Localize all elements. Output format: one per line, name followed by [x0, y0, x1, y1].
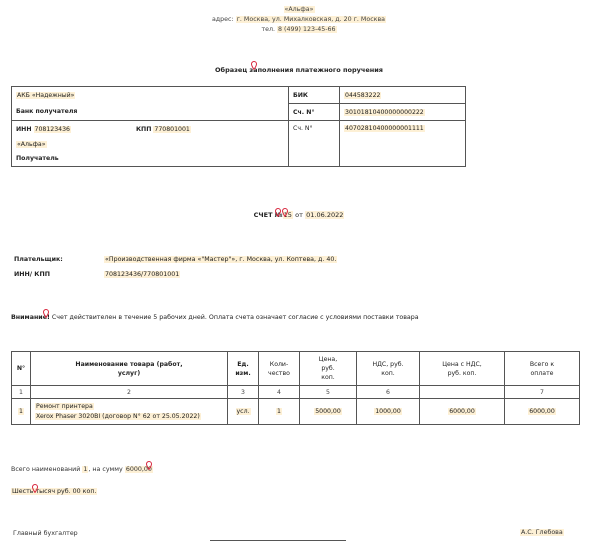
bank-details-table: АКБ «Надежный» БИК 044583222 Банк получа…	[11, 86, 466, 167]
signature-label: Главный бухгалтер	[13, 530, 78, 537]
column-number: 2	[31, 386, 228, 399]
invoice-date: 01.06.2022	[305, 211, 344, 219]
notice-text: Счет действителен в течение 5 рабочих дн…	[50, 314, 419, 321]
payer-row: Плательщик:«Производственная фирма «"Мас…	[14, 256, 337, 263]
column-header: НДС, руб. коп.	[357, 352, 420, 386]
corr-account-cell: 30101810400000000222	[340, 104, 466, 121]
payer-inn-kpp-value: 708123436/770801001	[104, 271, 180, 278]
column-number	[420, 386, 505, 399]
phone-label: тел.	[261, 26, 275, 33]
inn-value: 708123436	[34, 126, 71, 133]
bik-value-cell: 044583222	[340, 87, 466, 104]
column-number: 3	[228, 386, 259, 399]
payer-label: Плательщик:	[14, 256, 104, 263]
totals-sum-label: , на сумму	[88, 466, 122, 473]
signature-name: А.С. Глебова	[520, 529, 564, 536]
map-pin-icon[interactable]	[43, 309, 49, 318]
company-address: г. Москва, ул. Михалковская, д. 20 г. Мо…	[236, 16, 386, 23]
column-header: Цена, руб. коп.	[300, 352, 357, 386]
price-with-vat-value: 6000,00	[448, 408, 476, 415]
column-header: N°	[12, 352, 31, 386]
validity-notice: Внимание! Счет действителен в течение 5 …	[11, 314, 419, 321]
price-with-vat-cell: 6000,00	[420, 399, 505, 425]
amount-words-value: Шесть тысяч руб. 00 коп.	[11, 488, 97, 495]
column-number-row: 1234567	[12, 386, 580, 399]
table-row: 1 Ремонт принтераXerox Phaser 3020BI (до…	[12, 399, 580, 425]
total-value: 6000,00	[528, 408, 556, 415]
column-number: 4	[259, 386, 300, 399]
corr-account-label: Сч. N°	[289, 104, 340, 121]
company-phone: 8 (499) 123-45-66	[277, 26, 337, 33]
column-number: 6	[357, 386, 420, 399]
recipient-label: Получатель	[12, 151, 289, 167]
row-number: 1	[12, 399, 31, 425]
bik-label: БИК	[289, 87, 340, 104]
column-header: Всего к оплате	[505, 352, 580, 386]
invoice-title: СЧЕТ №15 от 01.06.2022	[0, 211, 598, 219]
price-cell: 5000,00	[300, 399, 357, 425]
kpp-cell: КПП 770801001	[132, 121, 289, 138]
recipient-name-cell: «Альфа»	[12, 137, 289, 151]
price-value: 5000,00	[314, 408, 342, 415]
kpp-value: 770801001	[153, 126, 190, 133]
signature-line	[210, 540, 346, 541]
item-name-line2: Xerox Phaser 3020BI (договор N° 62 от 25…	[35, 413, 201, 420]
qty-cell: 1	[259, 399, 300, 425]
bank-name: АКБ «Надежный»	[16, 92, 75, 99]
column-header: Цена с НДС, руб. коп.	[420, 352, 505, 386]
map-pin-icon[interactable]	[251, 61, 257, 70]
qty-value: 1	[276, 408, 282, 415]
map-pin-icon[interactable]	[275, 208, 281, 217]
item-name-cell: Ремонт принтераXerox Phaser 3020BI (дого…	[31, 399, 228, 425]
company-name: «Альфа»	[284, 6, 315, 13]
goods-table: N°Наименование товара (работ, услуг)Ед. …	[11, 351, 580, 425]
account-value: 40702810400000001111	[344, 125, 425, 132]
unit-value: усл.	[236, 408, 251, 415]
inn-label: ИНН	[16, 126, 32, 133]
bik-value: 044583222	[344, 92, 381, 99]
totals-summary: Всего наименований 1, на сумму 6000,00	[11, 466, 153, 473]
totals-count-label: Всего наименований	[11, 466, 80, 473]
column-number: 5	[300, 386, 357, 399]
payer-inn-row: ИНН/ КПП708123436/770801001	[14, 271, 180, 278]
unit-cell: усл.	[228, 399, 259, 425]
map-pin-icon[interactable]	[282, 208, 288, 217]
corr-account-value: 30101810400000000222	[344, 109, 425, 116]
company-header: «Альфа» адрес: г. Москва, ул. Михалковск…	[0, 5, 598, 35]
column-number: 1	[12, 386, 31, 399]
payer-inn-kpp-label: ИНН/ КПП	[14, 271, 104, 278]
signature-name-value: А.С. Глебова	[520, 529, 564, 536]
goods-header-row: N°Наименование товара (работ, услуг)Ед. …	[12, 352, 580, 386]
bank-name-cell: АКБ «Надежный»	[12, 87, 289, 104]
payer-value: «Производственная фирма «"Мастер"», г. М…	[104, 256, 337, 263]
column-header: Ед. изм.	[228, 352, 259, 386]
inn-cell: ИНН 708123436	[12, 121, 133, 138]
account-cell: 40702810400000001111	[340, 121, 466, 167]
column-header: Наименование товара (работ, услуг)	[31, 352, 228, 386]
address-label: адрес:	[212, 16, 234, 23]
amount-in-words: Шесть тысяч руб. 00 коп.	[11, 488, 97, 495]
account-label: Сч. N°	[289, 121, 340, 167]
vat-cell: 1000,00	[357, 399, 420, 425]
row-number-value: 1	[18, 408, 24, 415]
kpp-label: КПП	[136, 126, 151, 133]
invoice-date-prefix: от	[295, 211, 303, 219]
map-pin-icon[interactable]	[146, 461, 152, 470]
total-cell: 6000,00	[505, 399, 580, 425]
vat-value: 1000,00	[374, 408, 402, 415]
column-number: 7	[505, 386, 580, 399]
bank-label: Банк получателя	[12, 104, 289, 121]
map-pin-icon[interactable]	[32, 484, 38, 493]
form-title: Образец заполнения платежного поручения	[0, 66, 598, 74]
recipient-name: «Альфа»	[16, 141, 47, 148]
column-header: Коли- чество	[259, 352, 300, 386]
item-name-line1: Ремонт принтера	[35, 403, 94, 410]
